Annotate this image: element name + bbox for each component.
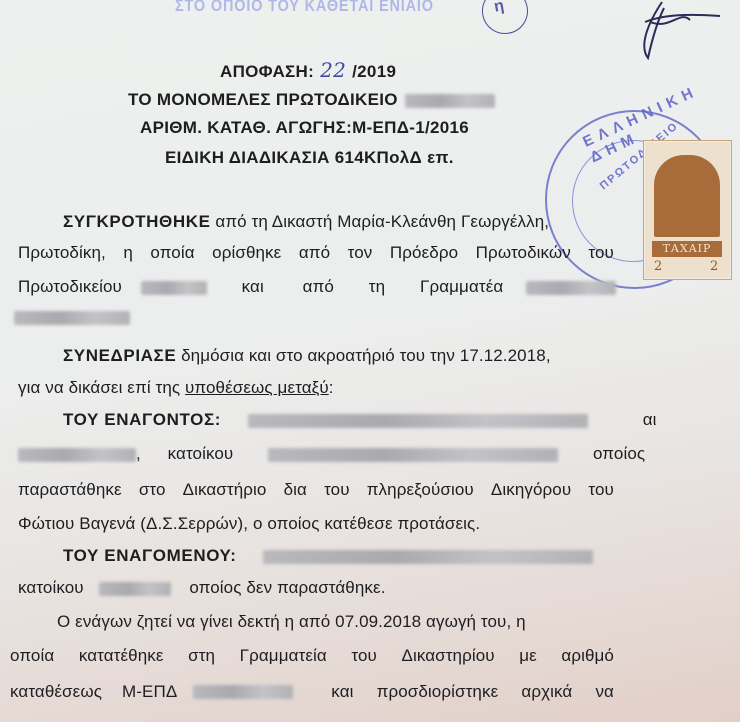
decision-year: /2019 <box>352 62 396 81</box>
word: με <box>519 646 537 666</box>
defendant-label: ΤΟΥ ΕΝΑΓΟΜΕΝΟΥ: <box>63 546 237 565</box>
session-heading: ΣΥΝΕΔΡΙΑΣΕ <box>63 346 176 365</box>
plaintiff-line-2: , κατοίκου οποίος <box>18 444 645 464</box>
word: Πρωτοδίκη, <box>18 243 106 263</box>
word: παραστάθηκε <box>18 480 122 500</box>
redacted-filing-number <box>193 685 293 699</box>
word: του <box>588 480 614 500</box>
p1-line-3: Πρωτοδικείου και από τη Γραμματέα <box>18 277 616 297</box>
p2-text-1: δημόσια και στο ακροατήριό του την 17.12… <box>181 346 551 365</box>
decision-number: 22 <box>320 58 346 82</box>
court-heading: ΤΟ ΜΟΝΟΜΕΛΕΣ ΠΡΩΤΟΔΙΚΕΙΟ <box>128 90 495 110</box>
revenue-stamp-value-left: 2 <box>654 259 662 274</box>
word: οποίος <box>593 444 645 463</box>
court-name: ΤΟ ΜΟΝΟΜΕΛΕΣ ΠΡΩΤΟΔΙΚΕΙΟ <box>128 90 398 109</box>
plaintiff-line-3: παραστάθηκε στο Δικαστήριο δια του πληρε… <box>18 480 614 500</box>
word: η <box>123 243 133 263</box>
word: κατατέθηκε <box>79 646 164 666</box>
plaintiff-label: ΤΟΥ ΕΝΑΓΟΝΤΟΣ: <box>63 410 221 429</box>
word: στο <box>139 480 166 500</box>
decision-label: ΑΠΟΦΑΣΗ: <box>220 62 314 81</box>
p2-text-underlined: υποθέσεως μεταξύ <box>185 378 329 397</box>
circled-mark-letter: η <box>493 0 506 17</box>
redacted-defendant-address <box>99 582 171 596</box>
word: οποίος δεν παραστάθηκε. <box>189 578 385 597</box>
p3-line-1: Ο ενάγων ζητεί να γίνει δεκτή η από 07.0… <box>57 612 526 632</box>
case-number-heading: ΑΡΙΘΜ. ΚΑΤΑΘ. ΑΓΩΓΗΣ:Μ-ΕΠΔ-1/2016 <box>140 118 469 138</box>
word: του <box>324 480 350 500</box>
scales-of-justice-icon <box>654 155 720 237</box>
defendant-line-2: κατοίκου οποίος δεν παραστάθηκε. <box>18 578 386 598</box>
p3-line-2: οποία κατατέθηκε στη Γραμματεία του Δικα… <box>10 646 614 666</box>
p1-line-2: Πρωτοδίκη, η οποία ορίσθηκε από τον Πρόε… <box>18 243 614 263</box>
colon: : <box>329 378 334 397</box>
circled-page-mark: η <box>478 0 531 38</box>
redacted-plaintiff-name <box>248 414 588 428</box>
word: του <box>588 243 614 263</box>
word: οποία <box>10 646 54 666</box>
word: Δικαστηρίου <box>401 646 494 666</box>
word: αρχικά <box>521 682 572 702</box>
revenue-stamp-icon: ΤΑΧΑΙΡ 2 2 <box>643 140 732 280</box>
word: στη <box>188 646 215 666</box>
revenue-stamp-value-right: 2 <box>710 259 718 274</box>
word: και <box>242 277 264 296</box>
word: Γραμματεία <box>240 646 327 666</box>
word: Γραμματέα <box>420 277 503 296</box>
word: του <box>351 646 377 666</box>
decision-heading: ΑΠΟΦΑΣΗ:22/2019 <box>220 58 396 82</box>
word: προσδιορίστηκε <box>377 682 499 702</box>
word: κατοίκου <box>168 444 234 463</box>
word: Πρωτοδικείου <box>18 277 122 296</box>
word: να <box>595 682 614 702</box>
word: πληρεξούσιου <box>367 480 474 500</box>
redacted-city <box>141 281 207 295</box>
word: Μ-ΕΠΔ <box>122 682 177 702</box>
plaintiff-line-4: Φώτιου Βαγενά (Δ.Σ.Σερρών), ο οποίος κατ… <box>18 514 480 534</box>
redacted-secretary-name-2 <box>14 311 130 325</box>
p3-line-3: καταθέσεως Μ-ΕΠΔ και προσδιορίστηκε αρχι… <box>10 682 614 702</box>
redacted-court-city <box>405 94 495 108</box>
defendant-line-1: ΤΟΥ ΕΝΑΓΟΜΕΝΟΥ: <box>63 546 593 566</box>
p2-text-2: για να δικάσει επί της <box>18 378 185 397</box>
word: Δικαστήριο <box>183 480 267 500</box>
p1-line-1: ΣΥΓΚΡΟΤΗΘΗΚΕ από τη Δικαστή Μαρία-Κλεάνθ… <box>63 212 549 232</box>
p3-line-3-tail: και προσδιορίστηκε αρχικά να <box>331 682 614 702</box>
word: Πρωτοδικών <box>476 243 571 263</box>
word: Πρόεδρο <box>390 243 458 263</box>
composed-heading: ΣΥΓΚΡΟΤΗΘΗΚΕ <box>63 212 211 231</box>
faint-header-text: ΣΤΟ ΟΠΟΙΟ ΤΟΥ ΚΑΘΕΤΑΙ ΕΝΙΑΙΟ <box>175 0 434 16</box>
signature-icon <box>620 0 730 60</box>
procedure-heading: ΕΙΔΙΚΗ ΔΙΑΔΙΚΑΣΙΑ 614ΚΠολΔ επ. <box>165 148 454 168</box>
word: καταθέσεως <box>10 682 102 702</box>
word: αριθμό <box>561 646 614 666</box>
word: τη <box>369 277 385 296</box>
p1-text-1: από τη Δικαστή Μαρία-Κλεάνθη Γεωργέλλη, <box>215 212 549 231</box>
word: από <box>303 277 334 296</box>
comma: , <box>136 444 141 463</box>
word: Δικηγόρου <box>491 480 571 500</box>
word: οποία <box>150 243 194 263</box>
p1-line-4 <box>14 307 130 327</box>
plaintiff-line-1: ΤΟΥ ΕΝΑΓΟΝΤΟΣ: αι <box>63 410 657 430</box>
word: και <box>331 682 353 702</box>
redacted-plaintiff-name-2 <box>18 448 136 462</box>
revenue-stamp-label: ΤΑΧΑΙΡ <box>652 241 722 257</box>
redacted-defendant-name <box>263 550 593 564</box>
word: δια <box>284 480 307 500</box>
word: ορίσθηκε <box>212 243 281 263</box>
p2-line-2: για να δικάσει επί της υποθέσεως μεταξύ: <box>18 378 334 398</box>
redacted-secretary-name-1 <box>526 281 616 295</box>
word: από <box>299 243 330 263</box>
word: κατοίκου <box>18 578 84 597</box>
p2-line-1: ΣΥΝΕΔΡΙΑΣΕ δημόσια και στο ακροατήριό το… <box>63 346 551 366</box>
word: αι <box>643 410 657 429</box>
word: τον <box>348 243 373 263</box>
redacted-plaintiff-address <box>268 448 558 462</box>
